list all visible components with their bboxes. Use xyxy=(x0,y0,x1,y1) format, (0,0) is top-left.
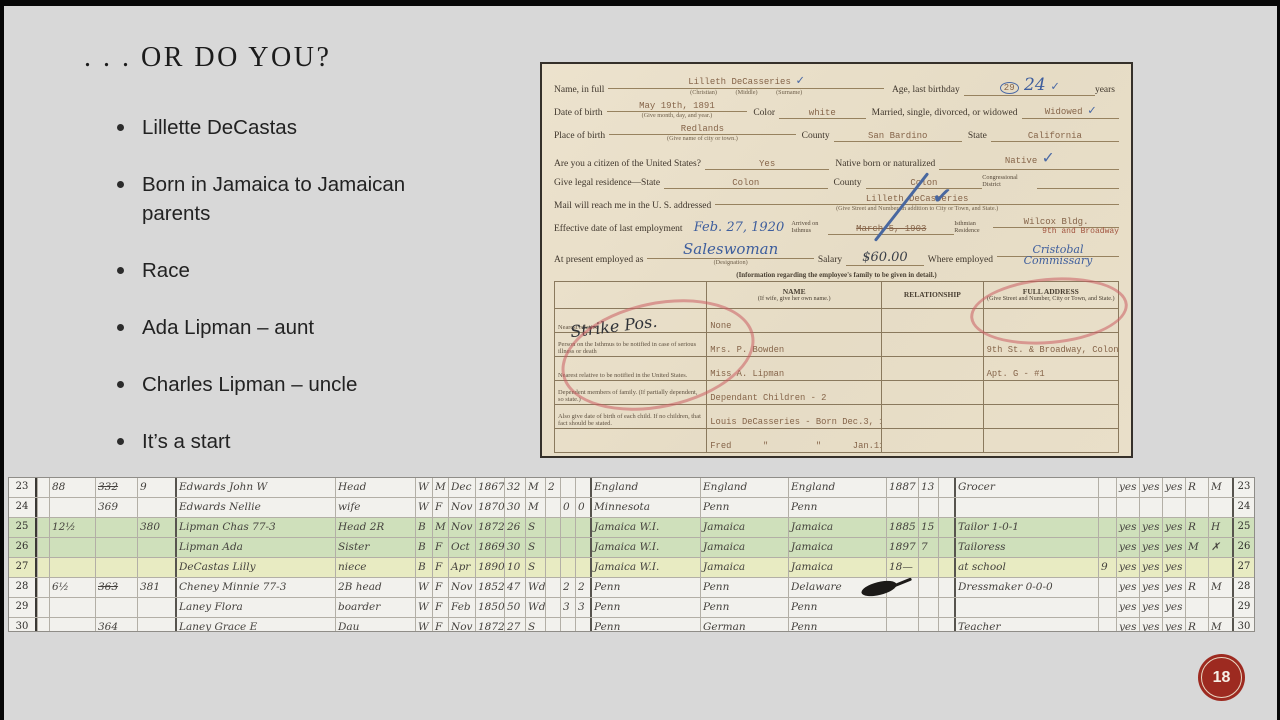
census-cell: Penn xyxy=(788,598,886,617)
form-row-place: Place of birth Redlands (Give name of ci… xyxy=(554,124,1119,142)
census-sheet-strip: 23883329Edwards John WHeadWMDec186732M2E… xyxy=(8,477,1255,632)
census-cell xyxy=(545,538,560,557)
census-cell: 0 xyxy=(560,498,575,517)
census-cell: Oct xyxy=(448,538,475,557)
arrived-fill: March 5, 1903 xyxy=(828,224,954,235)
bullet-item: Lillette DeCastas xyxy=(112,113,457,142)
citizen-fill: Yes xyxy=(705,159,829,170)
census-cell: S xyxy=(525,618,545,632)
mail-value: Lilleth DeCasseries xyxy=(866,194,969,204)
census-cell xyxy=(938,558,954,577)
census-cell: F xyxy=(432,498,448,517)
census-cell xyxy=(49,558,95,577)
census-cell: Head 2R xyxy=(335,518,415,537)
census-cell: R xyxy=(1185,478,1208,497)
district-label: Congressional District xyxy=(982,175,1037,189)
census-cell xyxy=(1098,578,1116,597)
census-cell: F xyxy=(432,538,448,557)
census-cell xyxy=(575,518,590,537)
age-hand-value: 24 xyxy=(1024,75,1046,95)
census-line-number-left: 23 xyxy=(9,478,37,497)
form-row-name: Name, in full Lilleth DeCasseries ✓ (Chr… xyxy=(554,73,1119,96)
letterbox-top xyxy=(0,0,1280,6)
census-cell: yes xyxy=(1162,618,1185,632)
census-line-number-left: 27 xyxy=(9,558,37,577)
state-value: California xyxy=(1028,131,1082,141)
census-cell xyxy=(1185,558,1208,577)
census-cell: M xyxy=(1208,478,1232,497)
census-cell: Nov xyxy=(448,578,475,597)
census-cell: 1890 xyxy=(475,558,504,577)
census-cell: Jamaica xyxy=(788,538,886,557)
census-cell xyxy=(918,498,938,517)
census-cell: B xyxy=(415,558,432,577)
census-cell: Jamaica xyxy=(788,558,886,577)
census-row: 30364Laney Grace EDauWFNov187227SPennGer… xyxy=(9,618,1254,632)
mail-fill: Lilleth DeCasseries (Give Street and Num… xyxy=(715,194,1119,212)
name-label: Name, in full xyxy=(554,85,608,96)
census-cell: yes xyxy=(1139,518,1162,537)
census-cell: M xyxy=(1208,618,1232,632)
designation-sublabel: (Designation) xyxy=(647,259,813,266)
census-cell: Dressmaker 0-0-0 xyxy=(954,578,1098,597)
census-cell xyxy=(37,578,49,597)
census-cell: yes xyxy=(1116,598,1139,617)
blue-checkmark-icon: ✓ xyxy=(1088,103,1096,118)
family-row-address xyxy=(983,381,1118,405)
census-cell: 18— xyxy=(886,558,918,577)
census-cell xyxy=(1098,478,1116,497)
family-header-name: NAME(If wife, give her own name.) xyxy=(707,282,882,309)
census-cell: Jamaica W.I. xyxy=(590,538,700,557)
census-cell: Penn xyxy=(700,598,788,617)
census-cell xyxy=(95,598,137,617)
color-label: Color xyxy=(747,108,779,119)
census-cell: DeCastas Lilly xyxy=(175,558,335,577)
form-row-mail: Mail will reach me in the U. S. addresse… xyxy=(554,194,1119,212)
census-cell: at school xyxy=(954,558,1098,577)
native-label: Native born or naturalized xyxy=(829,159,939,170)
census-cell: yes xyxy=(1116,558,1139,577)
dob-label: Date of birth xyxy=(554,108,607,119)
census-cell: M xyxy=(525,478,545,497)
census-cell xyxy=(37,618,49,632)
census-line-number-right: 27 xyxy=(1232,558,1254,577)
census-cell: Tailoress xyxy=(954,538,1098,557)
bullet-text: Charles Lipman – uncle xyxy=(142,373,357,396)
age-typed-value: 29 xyxy=(1000,82,1019,94)
arrived-label: Arrived on Isthmus xyxy=(791,221,828,235)
census-cell: 380 xyxy=(137,518,175,537)
census-line-number-right: 26 xyxy=(1232,538,1254,557)
dob-fill: May 19th, 1891 (Give month, day, and yea… xyxy=(607,101,748,119)
pob-sublabel: (Give name of city or town.) xyxy=(609,135,795,142)
employment-date-fill: Feb. 27, 1920 xyxy=(687,220,792,235)
county-label: County xyxy=(796,131,834,142)
census-cell: M xyxy=(1208,578,1232,597)
census-cell: yes xyxy=(1116,618,1139,632)
census-cell: Wd xyxy=(525,578,545,597)
census-cell xyxy=(1162,498,1185,517)
census-cell: 369 xyxy=(95,498,137,517)
census-cell: England xyxy=(788,478,886,497)
census-cell: Apr xyxy=(448,558,475,577)
census-cell: 1872 xyxy=(475,618,504,632)
salary-label: Salary xyxy=(814,255,846,266)
census-cell: 363 xyxy=(95,578,137,597)
census-cell: R xyxy=(1185,518,1208,537)
census-cell xyxy=(560,518,575,537)
census-cell: Lipman Chas 77-3 xyxy=(175,518,335,537)
census-cell xyxy=(95,558,137,577)
census-cell: B xyxy=(415,518,432,537)
census-cell: yes xyxy=(1162,538,1185,557)
census-row: 26Lipman AdaSisterBFOct186930SJamaica W.… xyxy=(9,538,1254,558)
marital-label: Married, single, divorced, or widowed xyxy=(866,108,1022,119)
census-cell xyxy=(545,498,560,517)
census-cell: yes xyxy=(1116,538,1139,557)
census-cell: Laney Grace E xyxy=(175,618,335,632)
census-cell xyxy=(918,598,938,617)
census-cell: 3 xyxy=(560,598,575,617)
census-cell: 30 xyxy=(504,498,525,517)
native-value: Native xyxy=(1005,156,1037,166)
census-cell xyxy=(954,498,1098,517)
census-cell xyxy=(137,598,175,617)
census-cell: yes xyxy=(1162,598,1185,617)
census-row: 286½363381Cheney Minnie 77-32B headWFNov… xyxy=(9,578,1254,598)
form-row-birth: Date of birth May 19th, 1891 (Give month… xyxy=(554,101,1119,119)
census-cell: Sister xyxy=(335,538,415,557)
citizen-label: Are you a citizen of the United States? xyxy=(554,159,705,170)
census-cell: 1869 xyxy=(475,538,504,557)
where-hand-line2: Commissary xyxy=(1024,254,1093,267)
bullet-item: It’s a start xyxy=(112,427,457,456)
census-cell xyxy=(137,538,175,557)
census-cell xyxy=(545,578,560,597)
census-cell xyxy=(1098,518,1116,537)
census-cell: Penn xyxy=(590,578,700,597)
census-line-number-left: 24 xyxy=(9,498,37,517)
census-cell: yes xyxy=(1162,478,1185,497)
census-cell: M xyxy=(432,518,448,537)
census-cell: M xyxy=(525,498,545,517)
census-cell: Penn xyxy=(788,618,886,632)
name-fill: Lilleth DeCasseries ✓ (Christian) (Middl… xyxy=(608,73,884,96)
family-row-address xyxy=(983,405,1118,429)
census-cell: Tailor 1-0-1 xyxy=(954,518,1098,537)
family-row-address xyxy=(983,429,1118,453)
census-cell xyxy=(37,538,49,557)
native-fill: Native ✓ xyxy=(939,147,1119,170)
census-cell xyxy=(545,598,560,617)
employment-label: Effective date of last employment xyxy=(554,224,687,235)
age-label: Age, last birthday xyxy=(884,85,964,96)
census-cell: 381 xyxy=(137,578,175,597)
name-value: Lilleth DeCasseries xyxy=(688,77,791,87)
bullet-item: Born in Jamaica to Jamaican parents xyxy=(112,170,457,228)
census-cell xyxy=(560,478,575,497)
bullet-item: Charles Lipman – uncle xyxy=(112,370,457,399)
family-row-relationship xyxy=(882,405,984,429)
census-cell: Dec xyxy=(448,478,475,497)
census-cell xyxy=(37,558,49,577)
family-header-relationship: RELATIONSHIP xyxy=(882,282,984,309)
census-cell: 3 xyxy=(575,598,590,617)
census-cell xyxy=(918,578,938,597)
census-cell xyxy=(560,558,575,577)
family-row-name: Louis DeCasseries - Born Dec.3, 1915 xyxy=(707,405,882,429)
census-cell: yes xyxy=(1162,558,1185,577)
census-cell: yes xyxy=(1162,578,1185,597)
census-cell xyxy=(560,538,575,557)
census-cell xyxy=(886,498,918,517)
census-cell: R xyxy=(1185,578,1208,597)
census-cell: M xyxy=(1185,538,1208,557)
family-row-label xyxy=(555,429,707,453)
census-cell: Penn xyxy=(700,498,788,517)
census-cell: yes xyxy=(1139,478,1162,497)
family-row-relationship xyxy=(882,429,984,453)
arrived-value: March 5, 1903 xyxy=(856,224,926,234)
census-line-number-left: 28 xyxy=(9,578,37,597)
census-cell: Laney Flora xyxy=(175,598,335,617)
census-cell: Jamaica xyxy=(788,518,886,537)
census-cell xyxy=(1116,498,1139,517)
census-cell xyxy=(49,498,95,517)
census-cell: 332 xyxy=(95,478,137,497)
census-cell xyxy=(938,618,954,632)
dob-sublabel: (Give month, day, and year.) xyxy=(607,112,748,119)
form-row-employed: At present employed as Saleswoman (Desig… xyxy=(554,240,1119,266)
employed-hand: Saleswoman xyxy=(683,240,778,258)
census-cell: W xyxy=(415,618,432,632)
census-cell: yes xyxy=(1139,538,1162,557)
citizen-value: Yes xyxy=(759,159,775,169)
census-cell: W xyxy=(415,478,432,497)
census-cell: B xyxy=(415,538,432,557)
census-cell: W xyxy=(415,498,432,517)
family-row-name: Dependant Children - 2 xyxy=(707,381,882,405)
census-cell xyxy=(95,518,137,537)
isthmian-label: Isthmian Residence xyxy=(954,221,993,235)
census-cell: 32 xyxy=(504,478,525,497)
name-sublabel: (Christian) (Middle) (Surname) xyxy=(608,89,884,96)
dob-value: May 19th, 1891 xyxy=(639,101,715,111)
census-cell: 1852 xyxy=(475,578,504,597)
census-cell: Edwards Nellie xyxy=(175,498,335,517)
isthmian-fill: Wilcox Bldg. 9th and Broadway xyxy=(993,217,1119,235)
census-row: 24369Edwards NelliewifeWFNov187030M00Min… xyxy=(9,498,1254,518)
family-row-relationship xyxy=(882,309,984,333)
census-cell xyxy=(918,558,938,577)
census-line-number-right: 29 xyxy=(1232,598,1254,617)
bullet-list: Lillette DeCastas Born in Jamaica to Jam… xyxy=(112,113,457,484)
census-cell: F xyxy=(432,578,448,597)
census-cell: S xyxy=(525,558,545,577)
census-row: 29Laney FloraboarderWFFeb185050Wd33PennP… xyxy=(9,598,1254,618)
census-row: 27DeCastas LillynieceBFApr189010SJamaica… xyxy=(9,558,1254,578)
census-cell: 9 xyxy=(137,478,175,497)
census-cell: Nov xyxy=(448,498,475,517)
census-cell: R xyxy=(1185,618,1208,632)
census-cell xyxy=(545,618,560,632)
census-cell xyxy=(137,618,175,632)
census-cell: yes xyxy=(1139,558,1162,577)
bullet-text: Ada Lipman – aunt xyxy=(142,316,314,339)
census-line-number-left: 29 xyxy=(9,598,37,617)
blue-checkmark-icon: ✓ xyxy=(796,73,804,88)
census-cell: German xyxy=(700,618,788,632)
isthmian-value2: 9th and Broadway xyxy=(993,228,1119,235)
census-cell xyxy=(137,498,175,517)
census-cell: yes xyxy=(1139,598,1162,617)
census-cell xyxy=(575,558,590,577)
page-number: 18 xyxy=(1213,669,1231,687)
bullet-item: Race xyxy=(112,256,457,285)
census-cell: 27 xyxy=(504,618,525,632)
family-row-name: Fred " " Jan.11, 1918 xyxy=(707,429,882,453)
census-rows: 23883329Edwards John WHeadWMDec186732M2E… xyxy=(9,478,1254,632)
pob-fill: Redlands (Give name of city or town.) xyxy=(609,124,795,142)
census-cell: Jamaica xyxy=(700,538,788,557)
census-cell xyxy=(1098,618,1116,632)
blue-checkmark-icon: ✓ xyxy=(930,181,954,213)
census-line-number-left: 25 xyxy=(9,518,37,537)
census-cell: Penn xyxy=(590,598,700,617)
blue-checkmark-icon: ✓ xyxy=(1051,79,1059,94)
salary-value: $60.00 xyxy=(862,250,908,265)
county-value: San Bardino xyxy=(868,131,927,141)
residence-county-label: County xyxy=(828,178,866,189)
census-cell xyxy=(560,618,575,632)
family-row-relationship xyxy=(882,357,984,381)
census-cell: yes xyxy=(1162,518,1185,537)
census-cell xyxy=(1139,498,1162,517)
residence-state-value: Colon xyxy=(732,178,759,188)
census-cell: M xyxy=(432,478,448,497)
census-cell: 9 xyxy=(1098,558,1116,577)
census-cell xyxy=(954,598,1098,617)
salary-fill: $60.00 xyxy=(846,250,924,266)
census-cell: ✗ xyxy=(1208,538,1232,557)
census-cell xyxy=(1098,598,1116,617)
census-cell xyxy=(1098,498,1116,517)
bullet-text: Lillette DeCastas xyxy=(142,116,297,139)
census-cell xyxy=(137,558,175,577)
form-row-citizen: Are you a citizen of the United States? … xyxy=(554,147,1119,170)
mail-sublabel: (Give Street and Number, in addition to … xyxy=(715,205,1119,212)
census-cell xyxy=(1185,598,1208,617)
state-label: State xyxy=(962,131,991,142)
census-cell xyxy=(95,538,137,557)
census-cell: England xyxy=(590,478,700,497)
census-cell: Penn xyxy=(700,578,788,597)
census-cell: F xyxy=(432,598,448,617)
census-cell: F xyxy=(432,618,448,632)
county-fill: San Bardino xyxy=(834,131,962,142)
census-cell xyxy=(938,478,954,497)
family-table-row: Fred " " Jan.11, 1918 xyxy=(555,429,1119,453)
census-cell xyxy=(918,618,938,632)
census-cell xyxy=(1208,598,1232,617)
residence-label: Give legal residence—State xyxy=(554,178,664,189)
census-cell: Grocer xyxy=(954,478,1098,497)
census-cell: Penn xyxy=(788,498,886,517)
family-info-note: (Information regarding the employee's fa… xyxy=(554,271,1119,279)
census-cell: Wd xyxy=(525,598,545,617)
census-cell xyxy=(37,498,49,517)
slide-title: . . . OR DO YOU? xyxy=(84,42,331,74)
census-cell xyxy=(37,598,49,617)
census-cell: Feb xyxy=(448,598,475,617)
employed-fill: Saleswoman (Designation) xyxy=(647,240,813,266)
census-cell xyxy=(37,518,49,537)
census-cell: W xyxy=(415,598,432,617)
census-cell: 364 xyxy=(95,618,137,632)
census-cell: 1850 xyxy=(475,598,504,617)
census-cell: 2 xyxy=(560,578,575,597)
census-cell: yes xyxy=(1116,578,1139,597)
census-cell: Jamaica W.I. xyxy=(590,558,700,577)
census-cell: 2B head xyxy=(335,578,415,597)
census-cell: 1885 xyxy=(886,518,918,537)
census-line-number-right: 24 xyxy=(1232,498,1254,517)
census-line-number-left: 26 xyxy=(9,538,37,557)
census-cell xyxy=(938,518,954,537)
color-fill: white xyxy=(779,108,866,119)
census-cell: Nov xyxy=(448,618,475,632)
age-suffix: years xyxy=(1095,85,1119,96)
census-cell xyxy=(575,478,590,497)
census-line-number-right: 25 xyxy=(1232,518,1254,537)
employed-label: At present employed as xyxy=(554,255,647,266)
census-cell: Head xyxy=(335,478,415,497)
pob-value: Redlands xyxy=(681,124,724,134)
marital-fill: Widowed ✓ xyxy=(1022,103,1119,119)
family-row-relationship xyxy=(882,381,984,405)
census-cell: S xyxy=(525,518,545,537)
census-cell xyxy=(938,578,954,597)
census-cell xyxy=(49,618,95,632)
age-fill: 29 24 ✓ xyxy=(964,75,1095,96)
census-cell: Dau xyxy=(335,618,415,632)
census-cell: S xyxy=(525,538,545,557)
page-number-badge: 18 xyxy=(1198,654,1245,701)
census-cell: 0 xyxy=(575,498,590,517)
census-cell: W xyxy=(415,578,432,597)
census-cell xyxy=(575,618,590,632)
color-value: white xyxy=(809,108,836,118)
pob-label: Place of birth xyxy=(554,131,609,142)
census-cell: Jamaica W.I. xyxy=(590,518,700,537)
residence-state-fill: Colon xyxy=(664,178,827,189)
census-cell: 15 xyxy=(918,518,938,537)
census-cell: Minnesota xyxy=(590,498,700,517)
census-line-number-right: 28 xyxy=(1232,578,1254,597)
census-cell xyxy=(886,598,918,617)
census-cell xyxy=(1185,498,1208,517)
census-cell: Teacher xyxy=(954,618,1098,632)
census-cell: 2 xyxy=(545,478,560,497)
census-cell: 1867 xyxy=(475,478,504,497)
bullet-text: Born in Jamaica to Jamaican parents xyxy=(142,173,405,225)
census-cell xyxy=(1208,498,1232,517)
census-cell: boarder xyxy=(335,598,415,617)
census-cell xyxy=(886,618,918,632)
census-cell: 26 xyxy=(504,518,525,537)
census-line-number-right: 23 xyxy=(1232,478,1254,497)
